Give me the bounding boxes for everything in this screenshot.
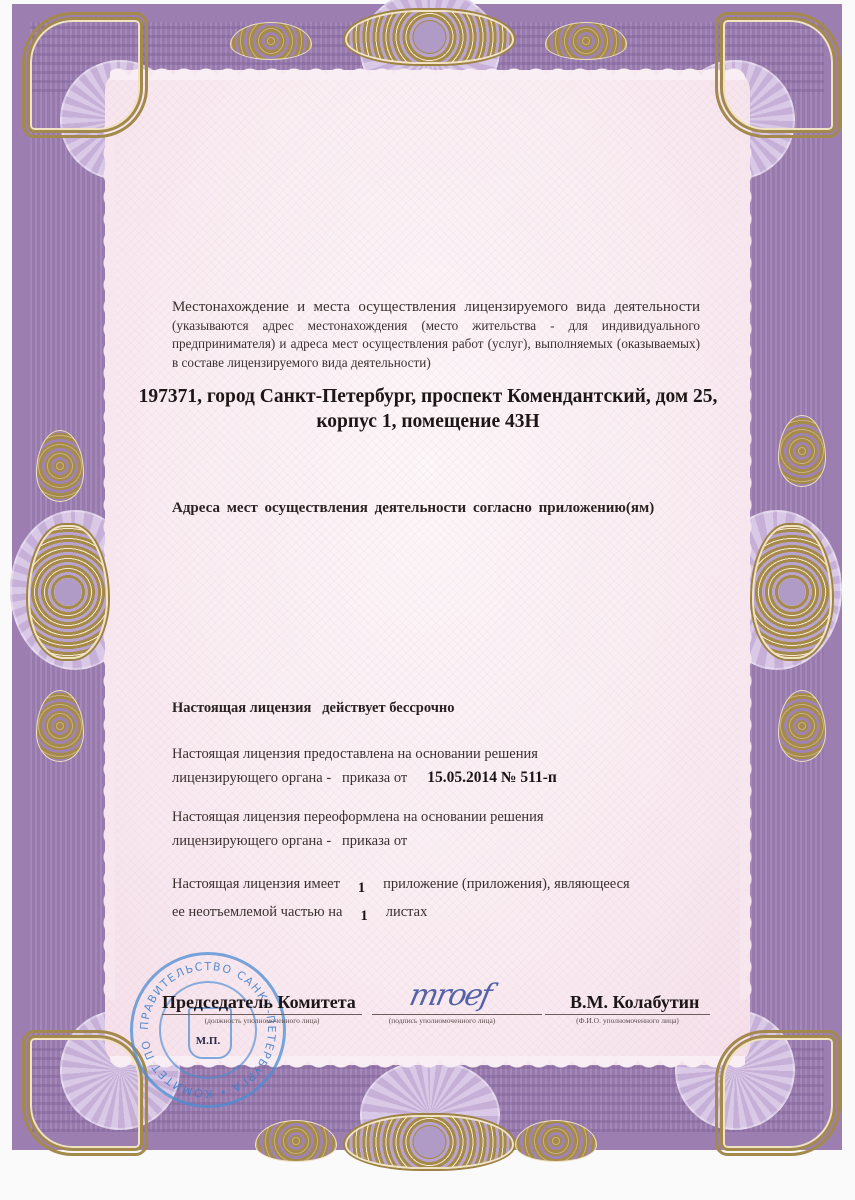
licensee-address: 197371, город Санкт-Петербург, проспект …	[112, 384, 744, 434]
appendix-text-3: ее неотъемлемой частью на	[172, 904, 342, 920]
celtic-knot-corner-br	[715, 1030, 841, 1156]
reissue-basis: Настоящая лицензия переоформлена на осно…	[172, 805, 544, 853]
bottom-left-ornament	[255, 1120, 337, 1162]
name-underline	[545, 1014, 710, 1015]
appendix-text-2: приложение (приложения), являющееся	[383, 876, 630, 892]
position-caption: (должность уполномоченного лица)	[162, 1016, 362, 1025]
celtic-knot-corner-tl	[22, 12, 148, 138]
appendix-statement: Настоящая лицензия имеет 1 приложение (п…	[172, 872, 732, 928]
order-number: 15.05.2014 № 511-п	[427, 769, 557, 786]
name-caption: (Ф.И.О. уполномоченного лица)	[545, 1016, 710, 1025]
bottom-center-ornament	[345, 1115, 514, 1169]
top-center-ornament	[345, 10, 514, 64]
issuance-basis-line-1: Настоящая лицензия предоставлена на осно…	[172, 742, 557, 766]
signatory-name: В.М. Колабутин	[570, 992, 699, 1013]
signatory-position: Председатель Комитета	[162, 992, 356, 1013]
location-heading: Местонахождение и места осуществления ли…	[172, 298, 700, 372]
top-right-ornament	[545, 22, 627, 60]
appendix-sheets: 1	[346, 904, 382, 928]
top-left-ornament	[230, 22, 312, 60]
appendix-text-1: Настоящая лицензия имеет	[172, 876, 340, 892]
reissue-basis-line-1: Настоящая лицензия переоформлена на осно…	[172, 805, 544, 829]
signature-underline	[372, 1014, 542, 1015]
location-heading-lead: Местонахождение и места осуществления ли…	[172, 299, 700, 315]
address-line-2: корпус 1, помещение 43Н	[112, 409, 744, 434]
left-medallion-ornament	[28, 525, 108, 659]
signature-caption: (подпись уполномоченного лица)	[372, 1016, 512, 1025]
validity-statement: Настоящая лицензия действует бессрочно	[172, 700, 454, 717]
celtic-knot-corner-bl	[22, 1030, 148, 1156]
bottom-right-ornament	[515, 1120, 597, 1162]
stamp-outer-text: ПРАВИТЕЛЬСТВО САНКТ-ПЕТЕРБУРГА • КОМИТЕТ…	[133, 955, 278, 1100]
appendix-count: 1	[344, 876, 380, 900]
location-heading-note: (указываются адрес местонахождения (мест…	[172, 318, 700, 370]
right-medallion-ornament	[752, 525, 832, 659]
svg-text:ПРАВИТЕЛЬСТВО САНКТ-ПЕТЕРБУРГА: ПРАВИТЕЛЬСТВО САНКТ-ПЕТЕРБУРГА • КОМИТЕТ…	[133, 955, 278, 1100]
issuance-basis-line-2: лицензирующего органа - приказа от	[172, 770, 407, 786]
reissue-basis-line-2: лицензирующего органа - приказа от	[172, 829, 544, 853]
issuance-basis: Настоящая лицензия предоставлена на осно…	[172, 742, 557, 790]
stamp-ring-text: ПРАВИТЕЛЬСТВО САНКТ-ПЕТЕРБУРГА • КОМИТЕТ…	[133, 955, 283, 1105]
position-underline	[162, 1014, 362, 1015]
stamp-mp-label: М.П.	[133, 1035, 283, 1047]
appendix-text-4: листах	[386, 904, 428, 920]
places-of-activity-note: Адреса мест осуществления деятельности с…	[172, 498, 692, 519]
official-stamp: ПРАВИТЕЛЬСТВО САНКТ-ПЕТЕРБУРГА • КОМИТЕТ…	[130, 952, 286, 1108]
address-line-1: 197371, город Санкт-Петербург, проспект …	[112, 384, 744, 409]
handwritten-signature: тrоеf	[406, 978, 493, 1013]
celtic-knot-corner-tr	[715, 12, 841, 138]
